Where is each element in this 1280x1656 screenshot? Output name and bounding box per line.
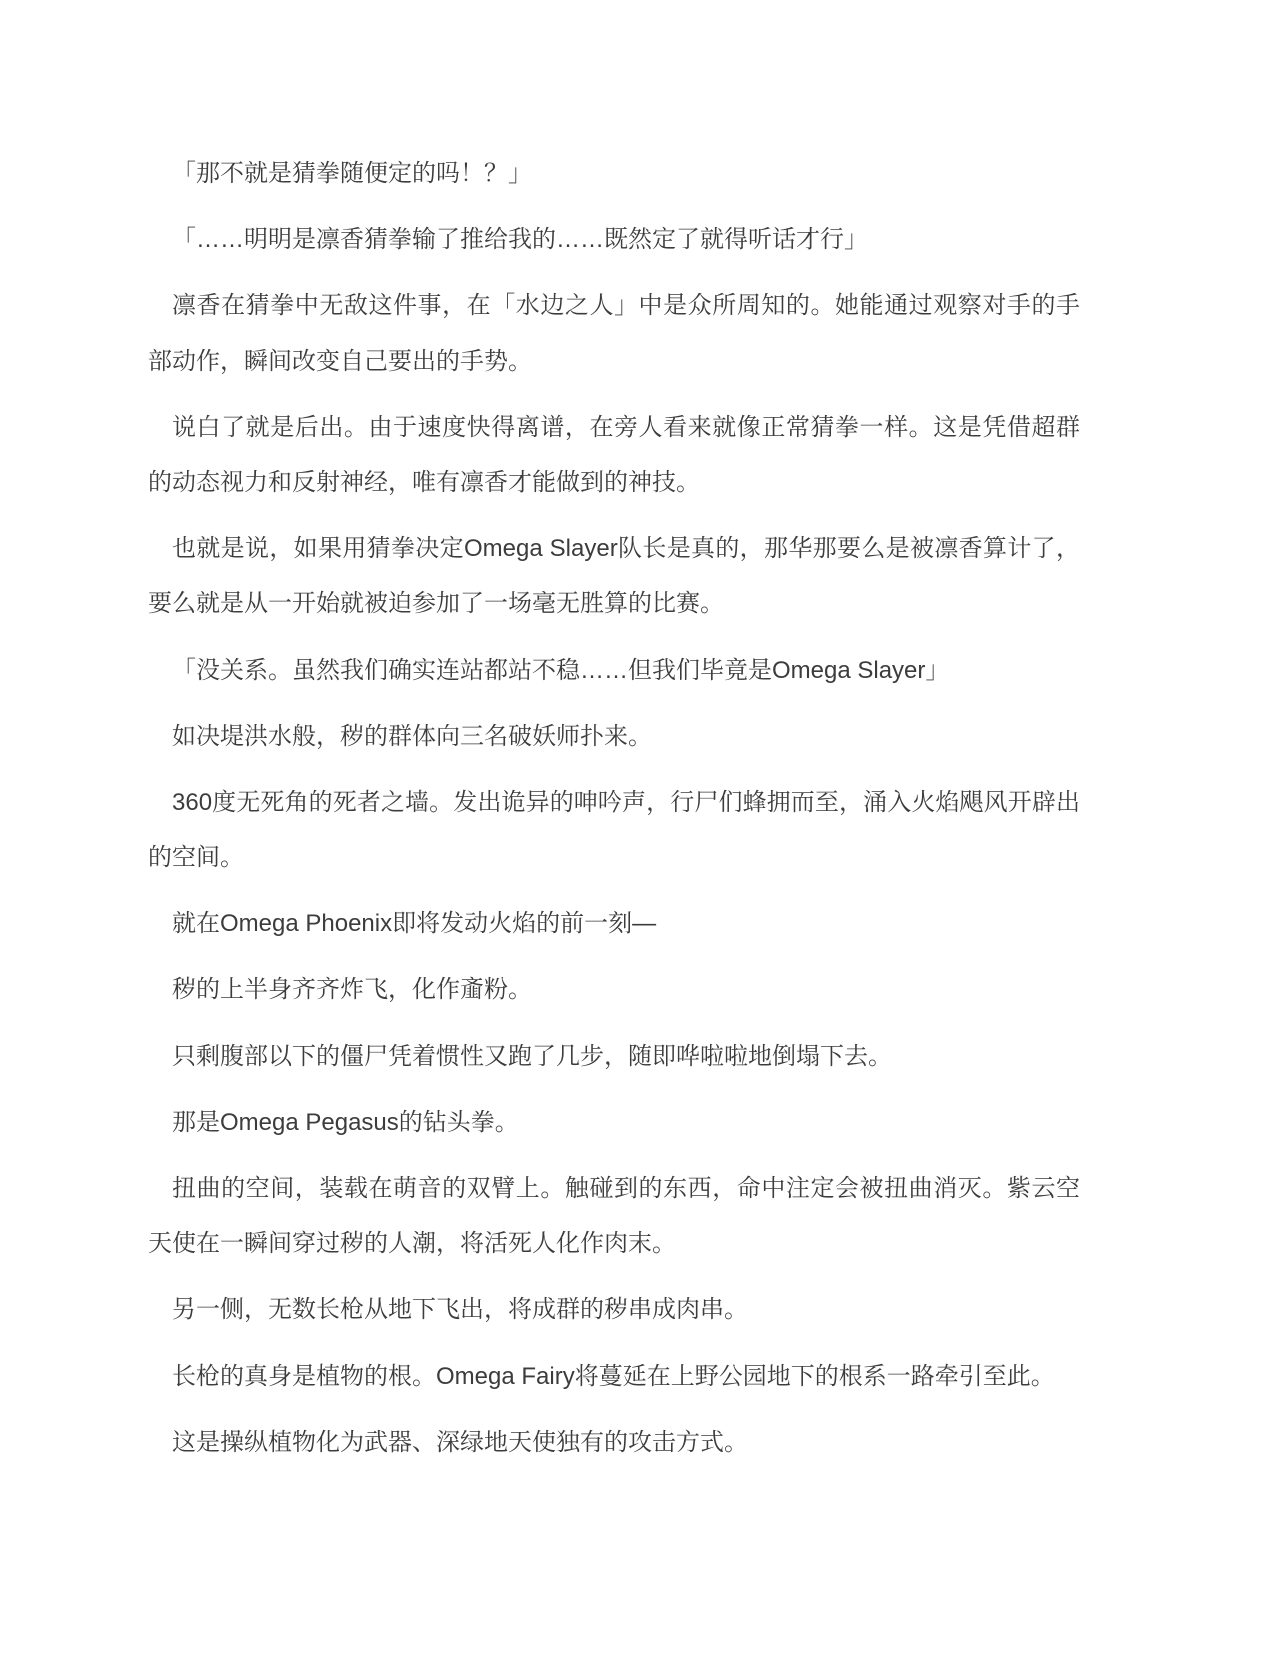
paragraph: 说白了就是后出。由于速度快得离谱，在旁人看来就像正常猜拳一样。这是凭借超群的动态… <box>148 400 1080 510</box>
paragraph: 这是操纵植物化为武器、深绿地天使独有的攻击方式。 <box>148 1415 1080 1470</box>
paragraph: 另一侧，无数长枪从地下飞出，将成群的秽串成肉串。 <box>148 1282 1080 1337</box>
paragraph: 360度无死角的死者之墙。发出诡异的呻吟声，行尸们蜂拥而至，涌入火焰飓风开辟出的… <box>148 775 1080 885</box>
paragraph: 如决堤洪水般，秽的群体向三名破妖师扑来。 <box>148 709 1080 764</box>
paragraph: 秽的上半身齐齐炸飞，化作齑粉。 <box>148 962 1080 1017</box>
paragraph: 长枪的真身是植物的根。Omega Fairy将蔓延在上野公园地下的根系一路牵引至… <box>148 1349 1080 1404</box>
paragraph: 扭曲的空间，装载在萌音的双臂上。触碰到的东西，命中注定会被扭曲消灭。紫云空天使在… <box>148 1161 1080 1271</box>
paragraph: 「那不就是猜拳随便定的吗！？」 <box>148 146 1080 201</box>
paragraph: 就在Omega Phoenix即将发动火焰的前一刻— <box>148 896 1080 951</box>
novel-page: 「那不就是猜拳随便定的吗！？」 「……明明是凛香猜拳输了推给我的……既然定了就得… <box>0 0 1280 1656</box>
paragraph: 「没关系。虽然我们确实连站都站不稳……但我们毕竟是Omega Slayer」 <box>148 643 1080 698</box>
paragraph: 凛香在猜拳中无敌这件事，在「水边之人」中是众所周知的。她能通过观察对手的手部动作… <box>148 278 1080 388</box>
paragraph: 也就是说，如果用猜拳决定Omega Slayer队长是真的，那华那要么是被凛香算… <box>148 521 1080 631</box>
paragraph: 「……明明是凛香猜拳输了推给我的……既然定了就得听话才行」 <box>148 212 1080 267</box>
paragraph: 那是Omega Pegasus的钻头拳。 <box>148 1095 1080 1150</box>
paragraph: 只剩腹部以下的僵尸凭着惯性又跑了几步，随即哗啦啦地倒塌下去。 <box>148 1029 1080 1084</box>
